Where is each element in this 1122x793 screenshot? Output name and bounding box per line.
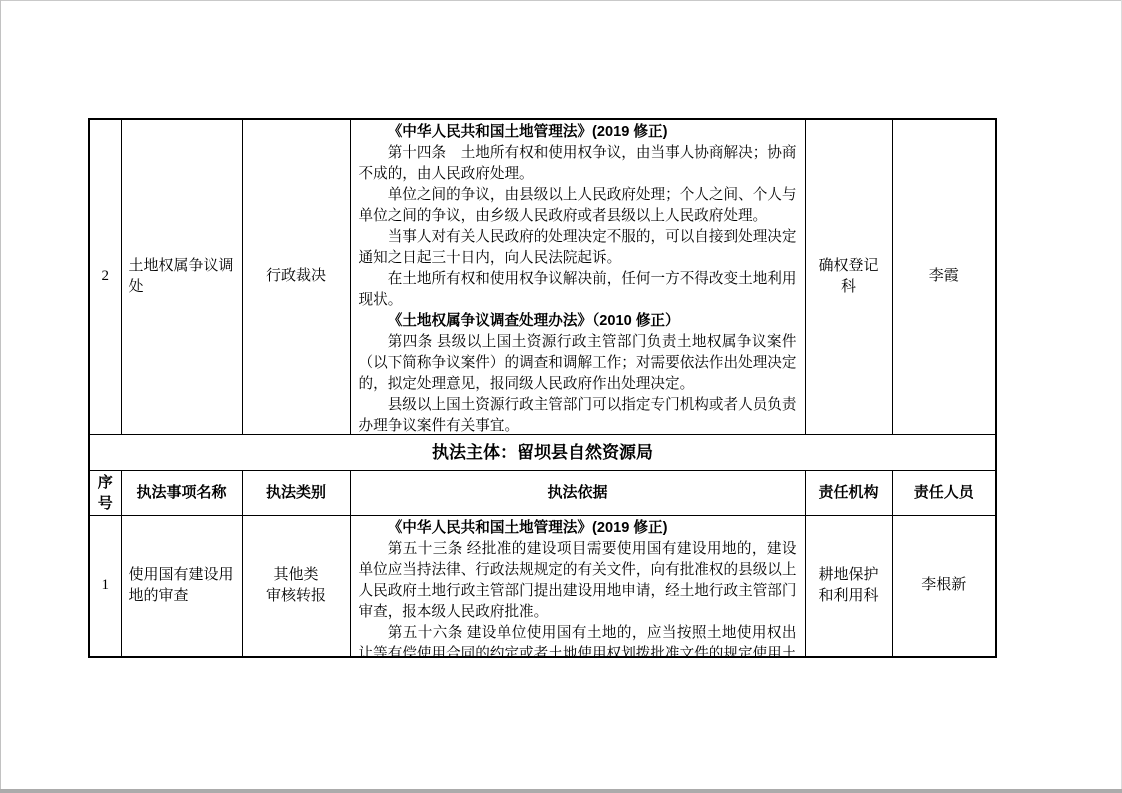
enforcement-items-table: 2 土地权属争议调处 行政裁决 《中华人民共和国土地管理法》(2019 修正)第… [88, 118, 997, 658]
header-responsible-person: 责任人员 [892, 470, 996, 515]
law-title-paragraph: 《土地权属争议调查处理办法》（2010 修正） [359, 311, 797, 332]
header-no: 序 号 [89, 470, 121, 515]
item-1-responsible-person: 李根新 [892, 515, 996, 657]
page-edge-left [0, 0, 1, 793]
header-responsible-org: 责任机构 [805, 470, 892, 515]
item-1-category: 其他类 审核转报 [242, 515, 350, 657]
law-title-paragraph: 《中华人民共和国土地管理法》(2019 修正) [359, 518, 797, 539]
page-edge-top [0, 0, 1122, 1]
law-text-paragraph: 县级以上国土资源行政主管部门可以指定专门机构或者人员负责办理争议案件有关事宜。 [359, 395, 797, 433]
item-2-name: 土地权属争议调处 [121, 119, 242, 434]
item-2-legal-basis-text: 《中华人民共和国土地管理法》(2019 修正)第十四条 土地所有权和使用权争议，… [351, 120, 805, 433]
law-text-paragraph: 单位之间的争议，由县级以上人民政府处理；个人之间、个人与单位之间的争议，由乡级人… [359, 185, 797, 227]
item-1-responsible-org: 耕地保护和利用科 [805, 515, 892, 657]
law-text-paragraph: 第五十三条 经批准的建设项目需要使用国有建设用地的，建设单位应当持法律、行政法规… [359, 539, 797, 623]
law-text-paragraph: 第四条 县级以上国土资源行政主管部门负责土地权属争议案件（以下简称争议案件）的调… [359, 332, 797, 395]
law-text-paragraph: 第五十六条 建设单位使用国有土地的，应当按照土地使用权出让等有偿使用合同的约定或… [359, 623, 797, 656]
section-header-row: 执法主体：留坝县自然资源局 [89, 434, 996, 470]
table-row-item-2: 2 土地权属争议调处 行政裁决 《中华人民共和国土地管理法》(2019 修正)第… [89, 119, 996, 434]
header-item-name: 执法事项名称 [121, 470, 242, 515]
item-2-responsible-org: 确权登记科 [805, 119, 892, 434]
header-category: 执法类别 [242, 470, 350, 515]
item-1-legal-basis-text: 《中华人民共和国土地管理法》(2019 修正)第五十三条 经批准的建设项目需要使… [351, 516, 805, 656]
law-text-paragraph: 在土地所有权和使用权争议解决前，任何一方不得改变土地利用现状。 [359, 269, 797, 311]
law-text-paragraph: 当事人对有关人民政府的处理决定不服的，可以自接到处理决定通知之日起三十日内，向人… [359, 227, 797, 269]
law-text-paragraph: 第十四条 土地所有权和使用权争议，由当事人协商解决；协商不成的，由人民政府处理。 [359, 143, 797, 185]
column-header-row: 序 号 执法事项名称 执法类别 执法依据 责任机构 责任人员 [89, 470, 996, 515]
item-1-responsible-org-text: 耕地保护和利用科 [818, 565, 880, 607]
item-2-number: 2 [89, 119, 121, 434]
item-1-name-text: 使用国有建设用地的审查 [122, 565, 242, 607]
item-2-responsible-org-text: 确权登记科 [818, 256, 880, 298]
section-title: 执法主体：留坝县自然资源局 [89, 434, 996, 470]
viewer-bottom-bar [0, 789, 1122, 793]
item-1-number: 1 [89, 515, 121, 657]
item-2-category: 行政裁决 [242, 119, 350, 434]
item-2-name-text: 土地权属争议调处 [122, 256, 242, 298]
item-1-name: 使用国有建设用地的审查 [121, 515, 242, 657]
document-page: { "page": { "background": "#ffffff", "ed… [0, 0, 1122, 793]
item-2-responsible-person: 李霞 [892, 119, 996, 434]
item-1-legal-basis: 《中华人民共和国土地管理法》(2019 修正)第五十三条 经批准的建设项目需要使… [350, 515, 805, 657]
table-row-item-1: 1 使用国有建设用地的审查 其他类 审核转报 《中华人民共和国土地管理法》(20… [89, 515, 996, 657]
header-legal-basis: 执法依据 [350, 470, 805, 515]
item-2-legal-basis: 《中华人民共和国土地管理法》(2019 修正)第十四条 土地所有权和使用权争议，… [350, 119, 805, 434]
law-title-paragraph: 《中华人民共和国土地管理法》(2019 修正) [359, 122, 797, 143]
